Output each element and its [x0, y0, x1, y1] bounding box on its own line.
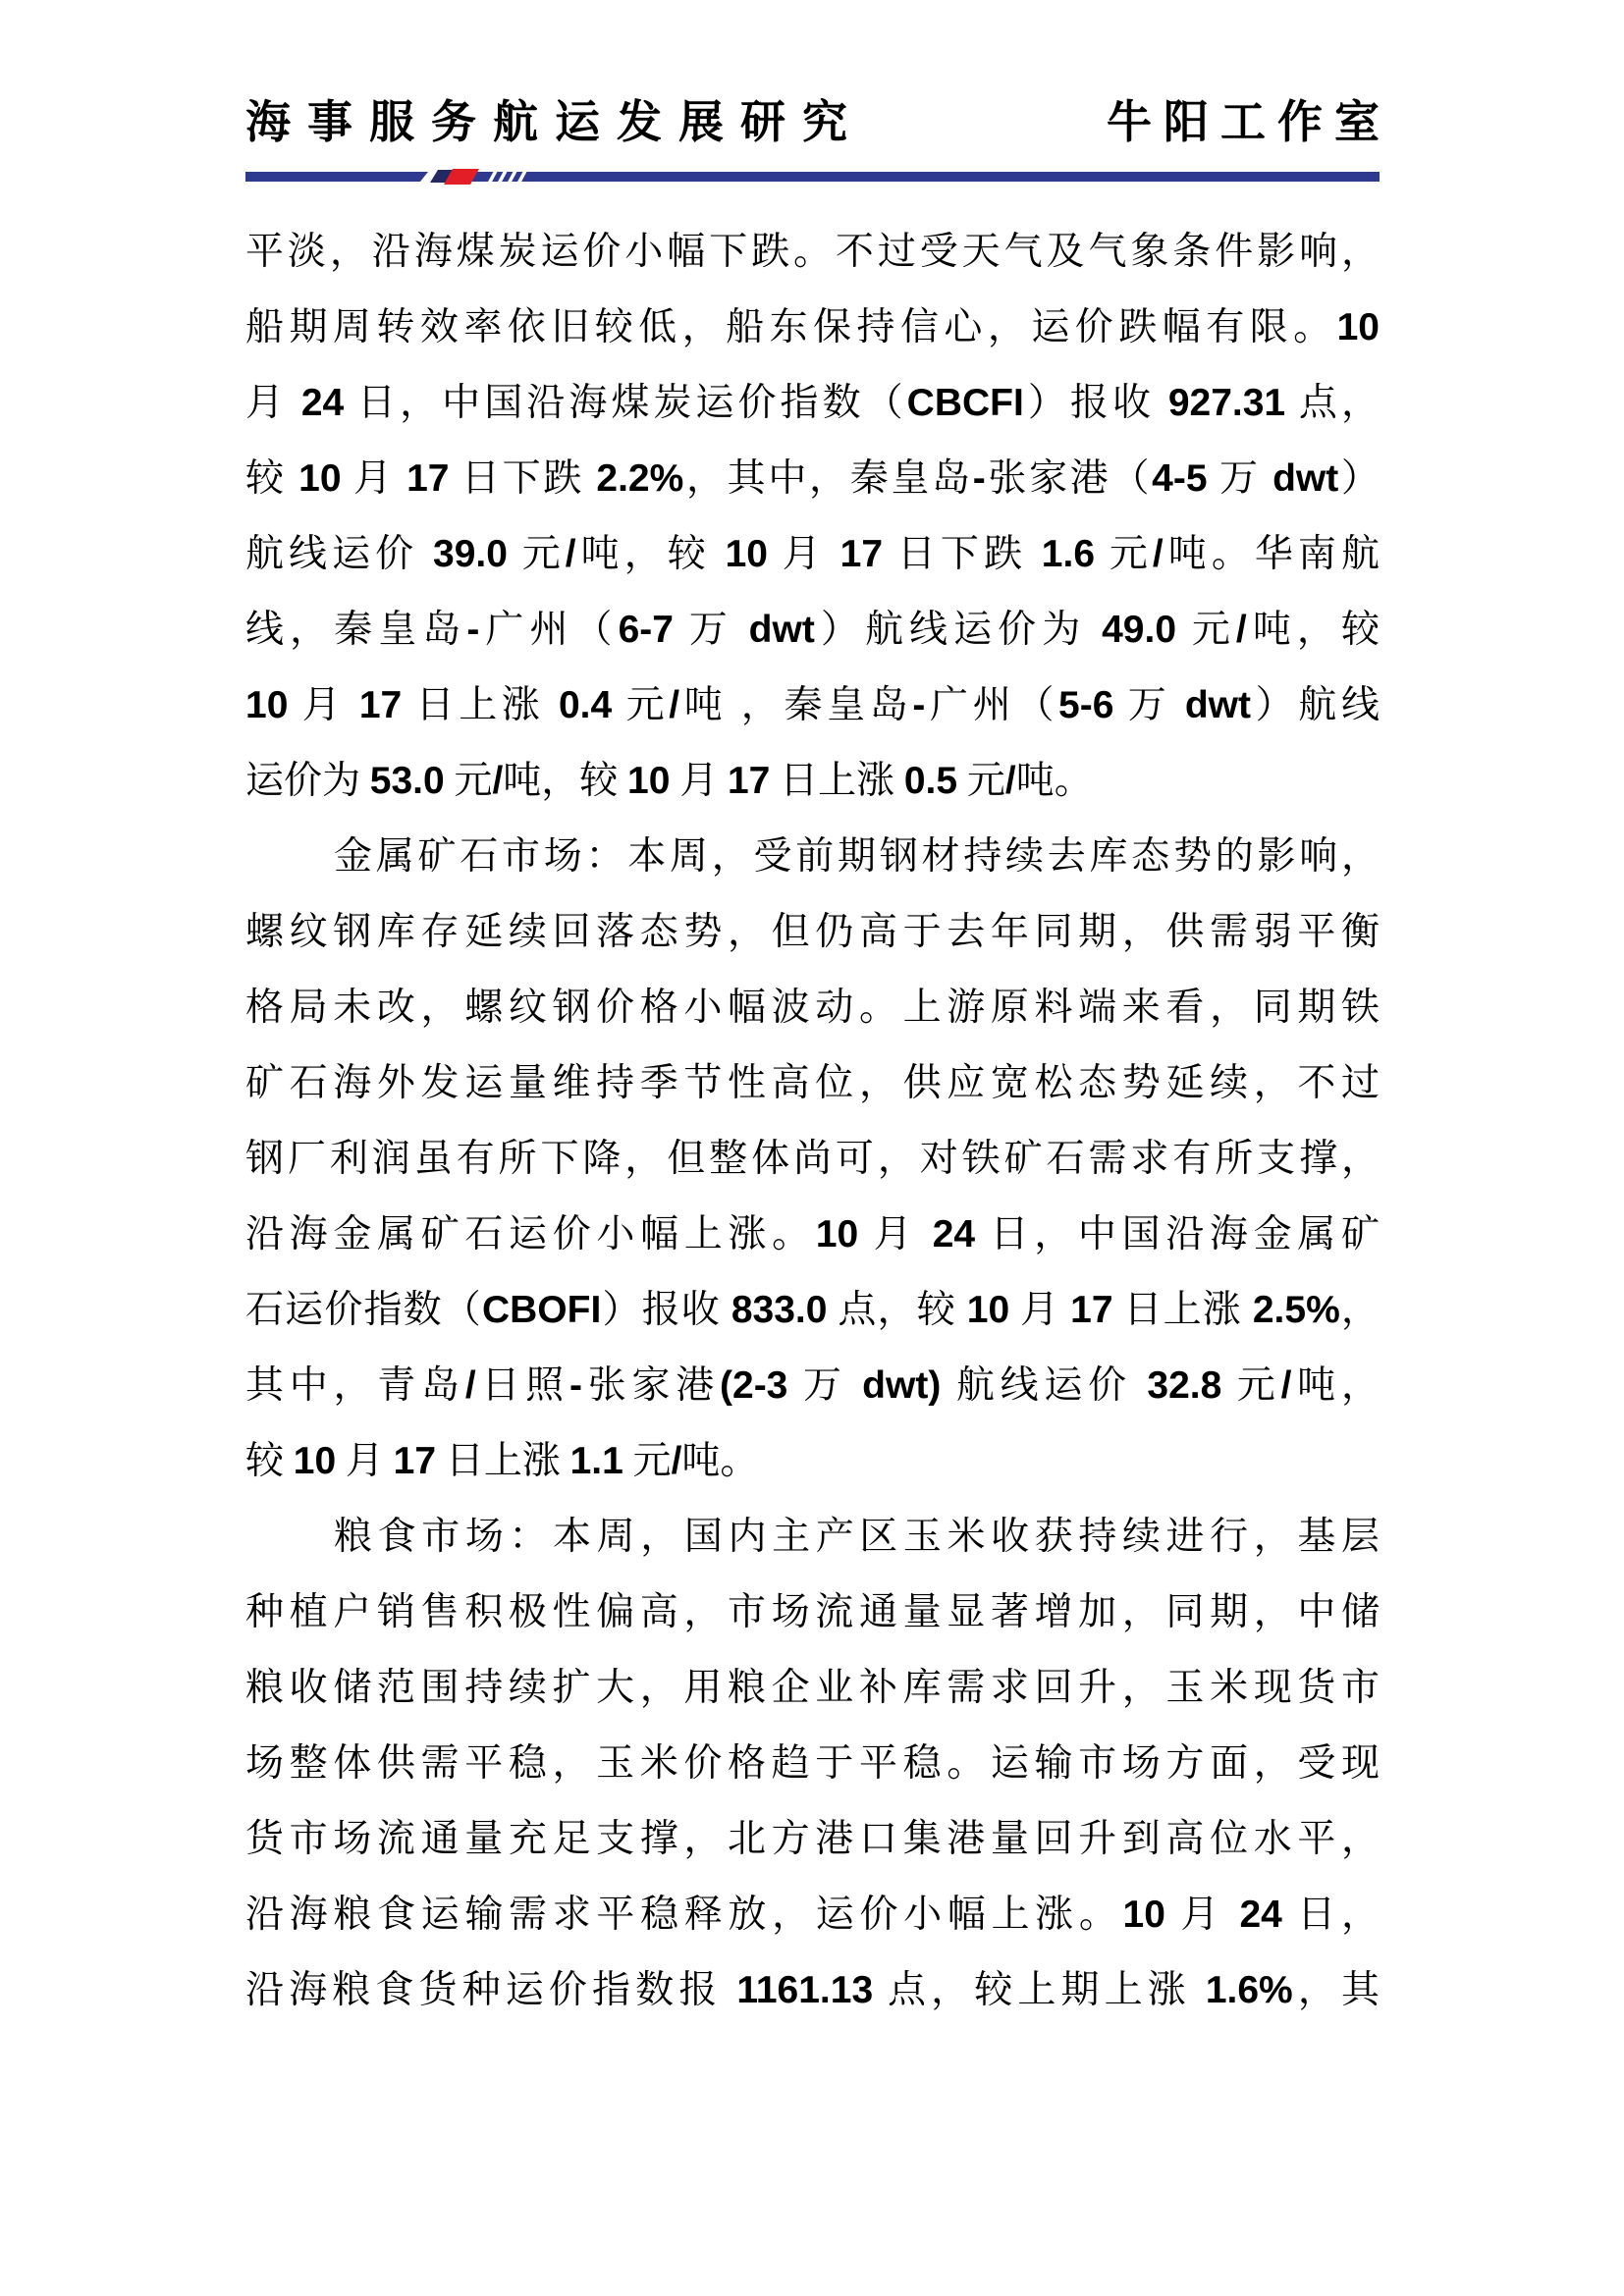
numeric-run: dwt	[1272, 457, 1338, 500]
text-line: 较 10 月 17 日下跌 2.2%，其中，秦皇岛-张家港（4-5 万 dwt）	[245, 441, 1380, 516]
text-line: 粮食市场：本周，国内主产区玉米收获持续进行，基层	[245, 1499, 1380, 1575]
text-line: 石运价指数（CBOFI）报收 833.0 点，较 10 月 17 日上涨 2.5…	[245, 1272, 1380, 1348]
numeric-run: 10	[726, 533, 768, 575]
text-line: 月 24 日，中国沿海煤炭运价指数（CBCFI）报收 927.31 点，	[245, 365, 1380, 441]
header-title-left: 海事服务航运发展研究	[245, 94, 864, 149]
numeric-run: 0.5	[904, 760, 957, 802]
text-line: 螺纹钢库存延续回落态势，但仍高于去年同期，供需弱平衡	[245, 894, 1380, 970]
numeric-run: 0.4	[559, 684, 612, 726]
numeric-run: /	[669, 684, 679, 726]
numeric-run: dwt)	[862, 1364, 941, 1407]
numeric-run: -	[912, 684, 925, 726]
numeric-run: 24	[1239, 1894, 1281, 1936]
numeric-run: /	[492, 760, 503, 802]
numeric-run: /	[1153, 533, 1164, 575]
numeric-run: /	[465, 1364, 476, 1407]
numeric-run: 4-5	[1152, 457, 1207, 500]
report-header: 海事服务航运发展研究 牛阳工作室	[245, 94, 1380, 149]
text-line: 沿海粮食货种运价指数报 1161.13 点，较上期上涨 1.6%，其	[245, 1952, 1380, 2028]
numeric-run: 833.0	[731, 1289, 828, 1331]
text-line: 矿石海外发运量维持季节性高位，供应宽松态势延续，不过	[245, 1045, 1380, 1121]
numeric-run: /	[1281, 1364, 1292, 1407]
numeric-run: 2.2%	[596, 457, 683, 500]
numeric-run: /	[1236, 609, 1247, 651]
text-line: 较 10 月 17 日上涨 1.1 元/吨。	[245, 1423, 1380, 1499]
numeric-run: 10	[294, 1440, 336, 1482]
numeric-run: 24	[301, 382, 344, 424]
text-line: 10 月 17 日上涨 0.4 元/吨 ，秦皇岛-广州（5-6 万 dwt）航线	[245, 667, 1380, 743]
document-page: 海事服务航运发展研究 牛阳工作室 平淡，沿海煤炭运价小幅下跌。不过受天气及气象条…	[0, 0, 1624, 2296]
numeric-run: 10	[245, 684, 288, 726]
body-text: 平淡，沿海煤炭运价小幅下跌。不过受天气及气象条件影响，船期周转效率依旧较低，船东…	[245, 214, 1380, 2028]
numeric-run: 17	[406, 457, 449, 500]
header-divider-rule	[245, 169, 1380, 185]
numeric-run: 1.6%	[1206, 1969, 1293, 2011]
numeric-run: -	[466, 609, 479, 651]
header-title-right: 牛阳工作室	[1107, 94, 1391, 149]
text-line: 其中，青岛/日照-张家港(2-3 万 dwt) 航线运价 32.8 元/吨，	[245, 1348, 1380, 1423]
text-line: 线，秦皇岛-广州（6-7 万 dwt）航线运价为 49.0 元/吨，较	[245, 592, 1380, 667]
numeric-run: 49.0	[1102, 609, 1176, 651]
numeric-run: 10	[298, 457, 341, 500]
page-content: 海事服务航运发展研究 牛阳工作室 平淡，沿海煤炭运价小幅下跌。不过受天气及气象条…	[245, 0, 1380, 2028]
numeric-run: 10	[1123, 1894, 1165, 1936]
numeric-run: 2.5%	[1253, 1289, 1340, 1331]
numeric-run: /	[566, 533, 576, 575]
numeric-run: /	[672, 1440, 682, 1482]
numeric-run: 17	[840, 533, 883, 575]
text-line: 场整体供需平稳，玉米价格趋于平稳。运输市场方面，受现	[245, 1726, 1380, 1801]
numeric-run: dwt	[749, 609, 815, 651]
numeric-run: dwt	[1185, 684, 1251, 726]
text-line: 沿海粮食运输需求平稳释放，运价小幅上涨。10 月 24 日，	[245, 1877, 1380, 1952]
numeric-run: CBOFI	[482, 1289, 601, 1331]
numeric-run: -	[569, 1364, 582, 1407]
numeric-run: 1.6	[1042, 533, 1095, 575]
numeric-run: 53.0	[370, 760, 445, 802]
numeric-run: 10	[816, 1213, 858, 1255]
numeric-run: (2-3	[720, 1364, 787, 1407]
numeric-run: -	[973, 457, 986, 500]
numeric-run: 17	[728, 760, 770, 802]
text-line: 货市场流通量充足支撑，北方港口集港量回升到高位水平，	[245, 1801, 1380, 1877]
text-line: 平淡，沿海煤炭运价小幅下跌。不过受天气及气象条件影响，	[245, 214, 1380, 290]
numeric-run: 24	[933, 1213, 975, 1255]
divider-graphic	[245, 169, 1380, 185]
text-line: 格局未改，螺纹钢价格小幅波动。上游原料端来看，同期铁	[245, 970, 1380, 1045]
text-line: 金属矿石市场：本周，受前期钢材持续去库态势的影响，	[245, 819, 1380, 894]
numeric-run: 17	[359, 684, 402, 726]
numeric-run: 10	[627, 760, 670, 802]
numeric-run: 10	[1337, 306, 1380, 348]
text-line: 钢厂利润虽有所下降，但整体尚可，对铁矿石需求有所支撑，	[245, 1121, 1380, 1197]
numeric-run: 32.8	[1147, 1364, 1221, 1407]
numeric-run: 1.1	[570, 1440, 623, 1482]
numeric-run: CBCFI	[907, 382, 1024, 424]
text-line: 粮收储范围持续扩大，用粮企业补库需求回升，玉米现货市	[245, 1650, 1380, 1726]
text-line: 沿海金属矿石运价小幅上涨。10 月 24 日，中国沿海金属矿	[245, 1197, 1380, 1272]
numeric-run: 1161.13	[736, 1969, 873, 2011]
text-line: 运价为 53.0 元/吨，较 10 月 17 日上涨 0.5 元/吨。	[245, 743, 1380, 819]
numeric-run: 5-6	[1058, 684, 1113, 726]
numeric-run: 17	[1070, 1289, 1112, 1331]
numeric-run: 927.31	[1168, 382, 1285, 424]
numeric-run: 6-7	[619, 609, 674, 651]
text-line: 船期周转效率依旧较低，船东保持信心，运价跌幅有限。10	[245, 290, 1380, 365]
numeric-run: /	[1005, 760, 1016, 802]
text-line: 航线运价 39.0 元/吨，较 10 月 17 日下跌 1.6 元/吨。华南航	[245, 516, 1380, 592]
numeric-run: 39.0	[433, 533, 508, 575]
numeric-run: 10	[967, 1289, 1009, 1331]
numeric-run: 17	[394, 1440, 436, 1482]
text-line: 种植户销售积极性偏高，市场流通量显著增加，同期，中储	[245, 1575, 1380, 1650]
